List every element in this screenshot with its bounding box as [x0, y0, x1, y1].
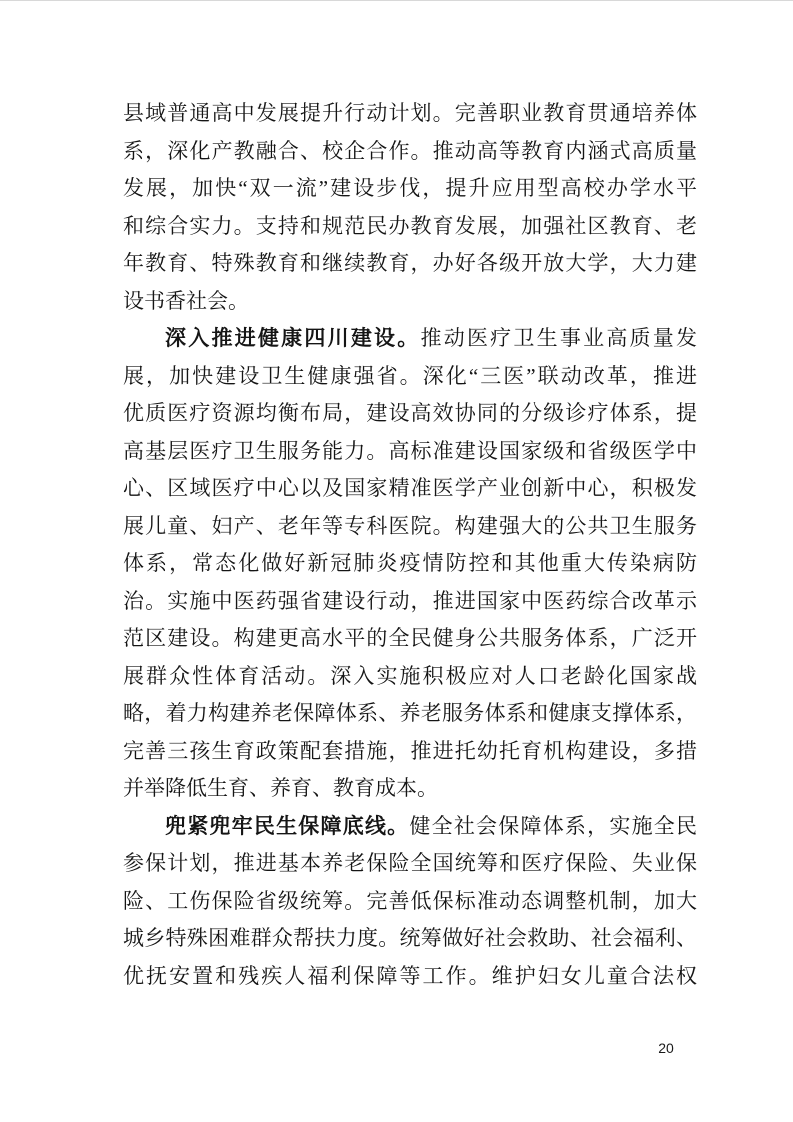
text-line: 设书香社会。 [123, 283, 697, 321]
text-line: 深入推进健康四川建设。推动医疗卫生事业高质量发 [123, 320, 697, 358]
text-line: 险、工伤保险省级统筹。完善低保标准动态调整机制，加大 [123, 883, 697, 921]
text-line: 优抚安置和残疾人福利保障等工作。维护妇女儿童合法权 [123, 958, 697, 996]
paragraph-lead-bold: 深入推进健康四川建设。 [165, 326, 421, 350]
text-line: 展，加快建设卫生健康强省。深化“三医”联动改革，推进 [123, 358, 697, 396]
text-line: 完善三孩生育政策配套措施，推进托幼托育机构建设，多措 [123, 733, 697, 771]
page-number: 20 [651, 1039, 681, 1057]
text-line: 城乡特殊困难群众帮扶力度。统筹做好社会救助、社会福利、 [123, 920, 697, 958]
text-line: 发展，加快“双一流”建设步伐，提升应用型高校办学水平 [123, 170, 697, 208]
text-line: 高基层医疗卫生服务能力。高标准建设国家级和省级医学中 [123, 433, 697, 471]
text-line: 年教育、特殊教育和继续教育，办好各级开放大学，大力建 [123, 245, 697, 283]
text-line: 并举降低生育、养育、教育成本。 [123, 770, 697, 808]
text-line: 体系，常态化做好新冠肺炎疫情防控和其他重大传染病防 [123, 545, 697, 583]
text-line: 县域普通高中发展提升行动计划。完善职业教育贯通培养体 [123, 95, 697, 133]
text-line: 参保计划，推进基本养老保险全国统筹和医疗保险、失业保 [123, 845, 697, 883]
text-line: 略，着力构建养老保障体系、养老服务体系和健康支撑体系， [123, 695, 697, 733]
paragraph-lead-bold: 兜紧兜牢民生保障底线。 [165, 814, 409, 838]
text-line: 范区建设。构建更高水平的全民健身公共服务体系，广泛开 [123, 620, 697, 658]
text-line: 系，深化产教融合、校企合作。推动高等教育内涵式高质量 [123, 133, 697, 171]
text-line: 兜紧兜牢民生保障底线。健全社会保障体系，实施全民 [123, 808, 697, 846]
text-line: 和综合实力。支持和规范民办教育发展，加强社区教育、老 [123, 208, 697, 246]
text-line: 治。实施中医药强省建设行动，推进国家中医药综合改革示 [123, 583, 697, 621]
text-line: 优质医疗资源均衡布局，建设高效协同的分级诊疗体系，提 [123, 395, 697, 433]
text-line: 心、区域医疗中心以及国家精准医学产业创新中心，积极发 [123, 470, 697, 508]
text-line: 展群众性体育活动。深入实施积极应对人口老龄化国家战 [123, 658, 697, 696]
page-top-edge [0, 0, 793, 1]
document-page: 县域普通高中发展提升行动计划。完善职业教育贯通培养体系，深化产教融合、校企合作。… [0, 0, 793, 1122]
text-line: 展儿童、妇产、老年等专科医院。构建强大的公共卫生服务 [123, 508, 697, 546]
text-lines: 县域普通高中发展提升行动计划。完善职业教育贯通培养体系，深化产教融合、校企合作。… [123, 95, 697, 995]
